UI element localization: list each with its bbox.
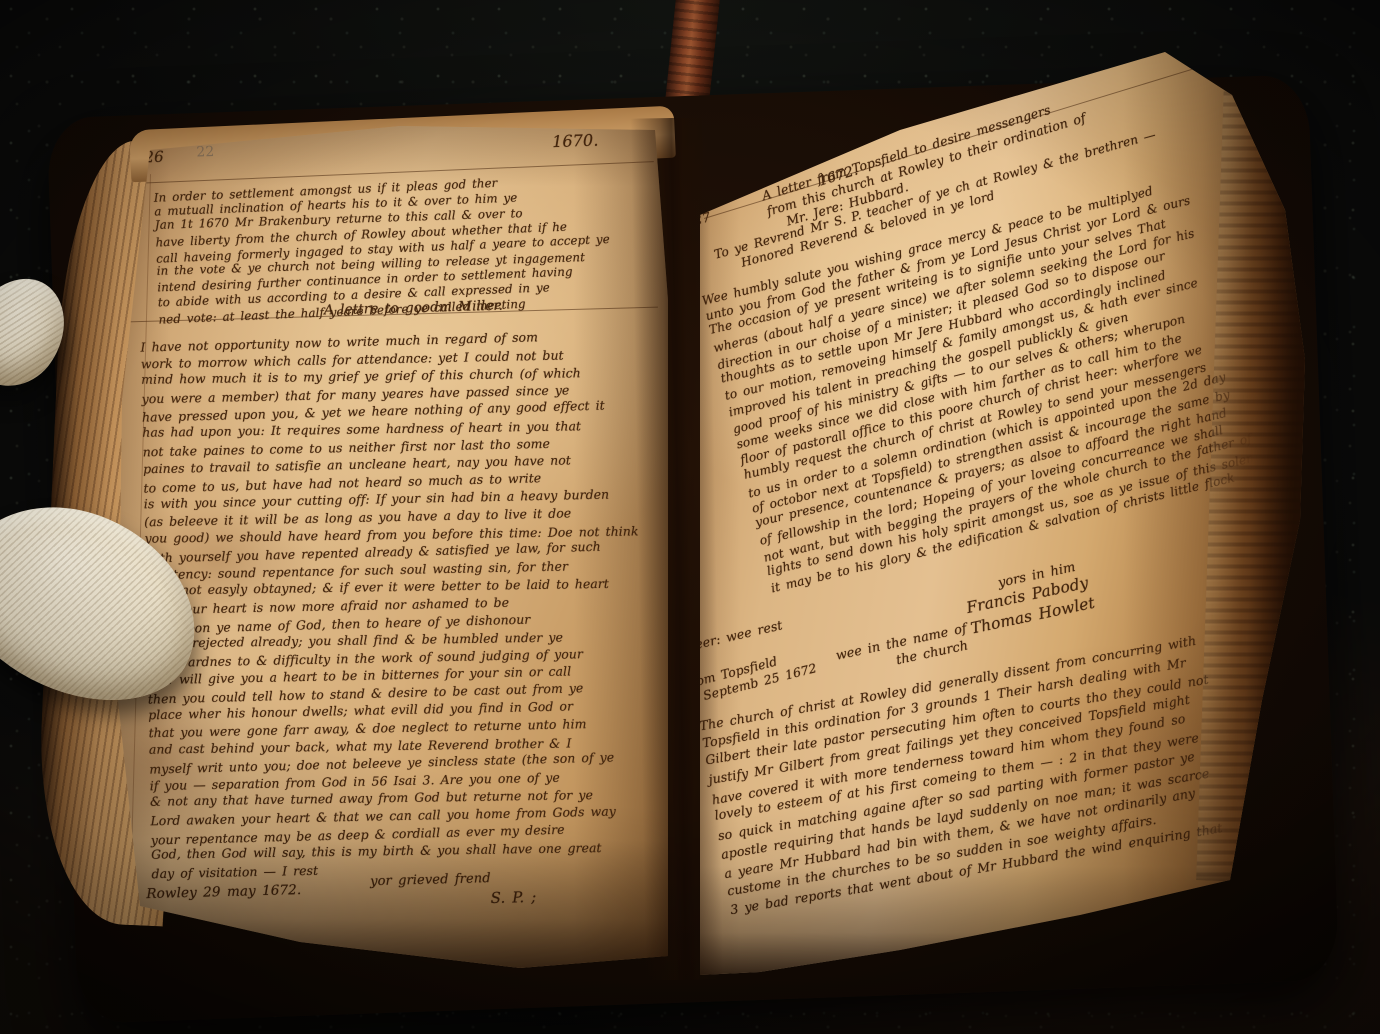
manuscript-photo: 26 22 1670. In order to settlement among… bbox=[0, 0, 1380, 1034]
signature-block: yors in him Francis Pabody Thomas Howlet bbox=[961, 557, 1096, 639]
left-page-pencil-number: 22 bbox=[196, 144, 215, 161]
left-letter-valediction: yor grieved frend bbox=[370, 871, 491, 889]
left-page: 26 22 1670. In order to settlement among… bbox=[88, 108, 680, 980]
topsfield-letter-closing: heer: wee rest bbox=[686, 617, 784, 654]
topsfield-letter-place-date: from TopsfieldSeptemb 25 1672 bbox=[684, 645, 818, 708]
letter-to-goodman-miller-heading: A lettre to goodm Miller. bbox=[324, 298, 503, 319]
left-page-year-heading: 1670. bbox=[552, 131, 599, 152]
left-letter-signature-initials: S. P. ; bbox=[490, 888, 536, 907]
letter-to-goodman-miller-body: I have not opportunity now to write much… bbox=[140, 327, 656, 883]
left-letter-dateline: Rowley 29 may 1672. bbox=[146, 882, 301, 902]
